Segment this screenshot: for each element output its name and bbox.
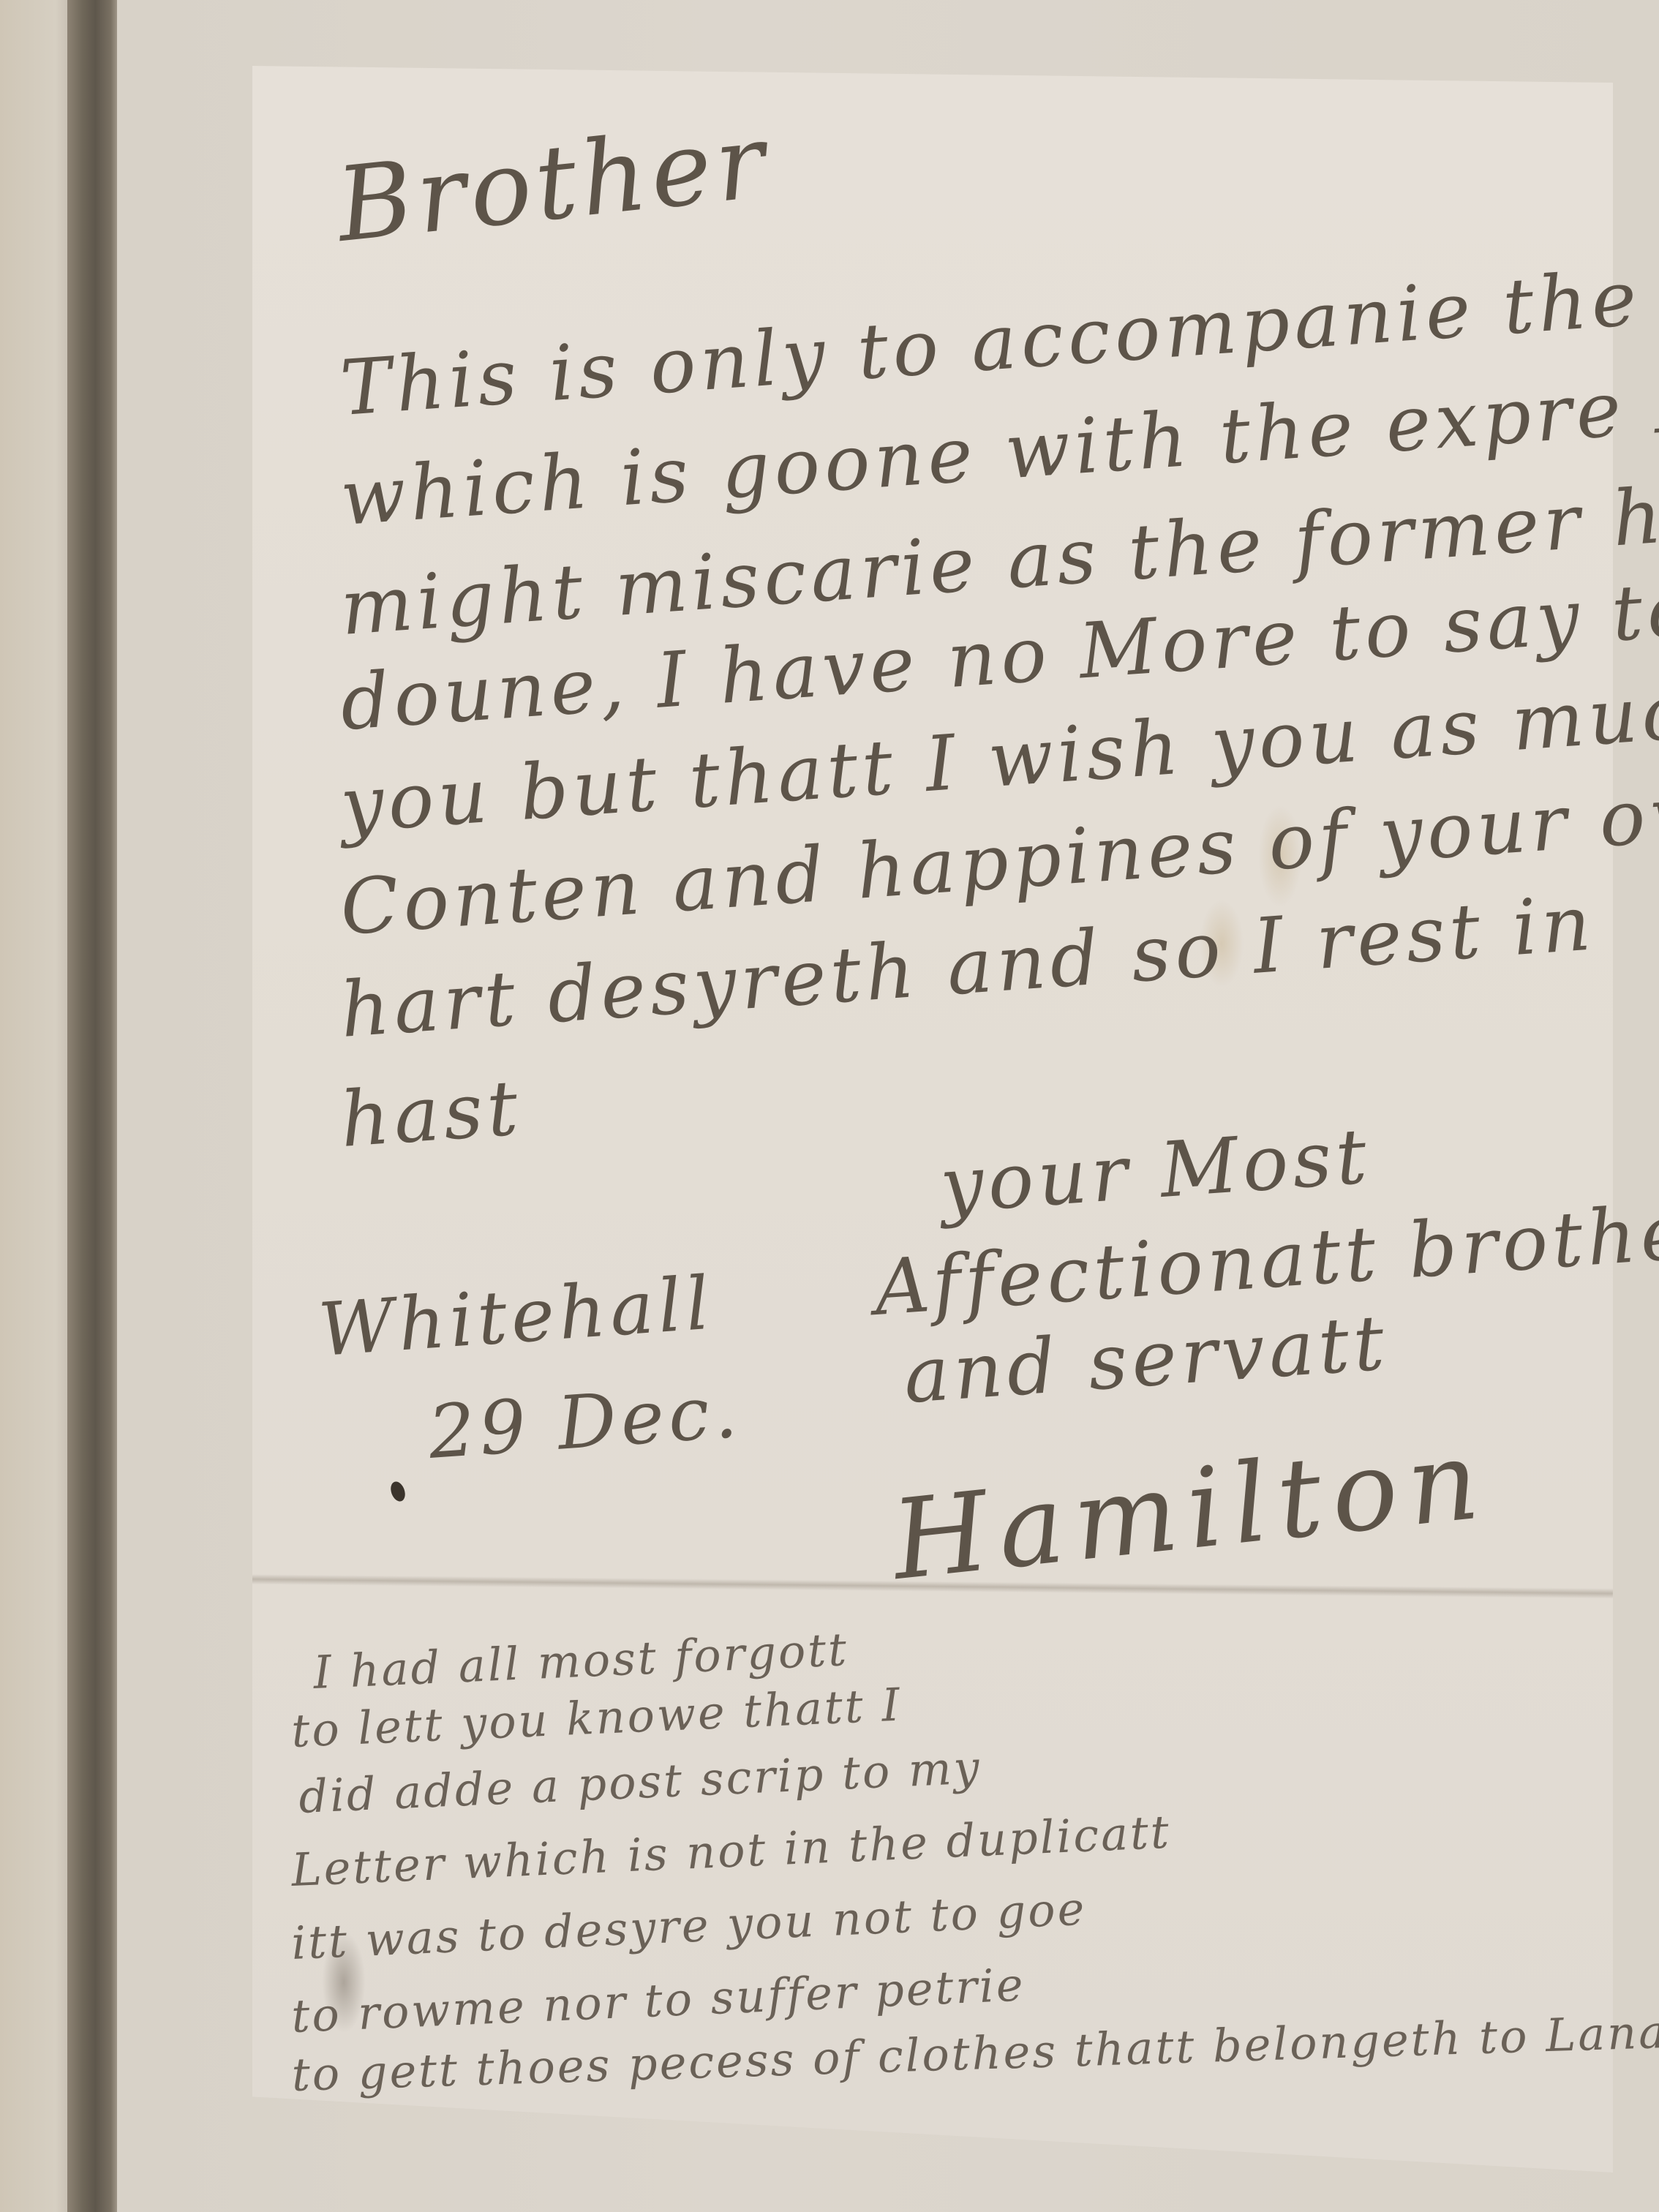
body-line: hast [337, 1063, 524, 1165]
adjacent-page [0, 0, 69, 2212]
book-gutter [67, 0, 118, 2212]
